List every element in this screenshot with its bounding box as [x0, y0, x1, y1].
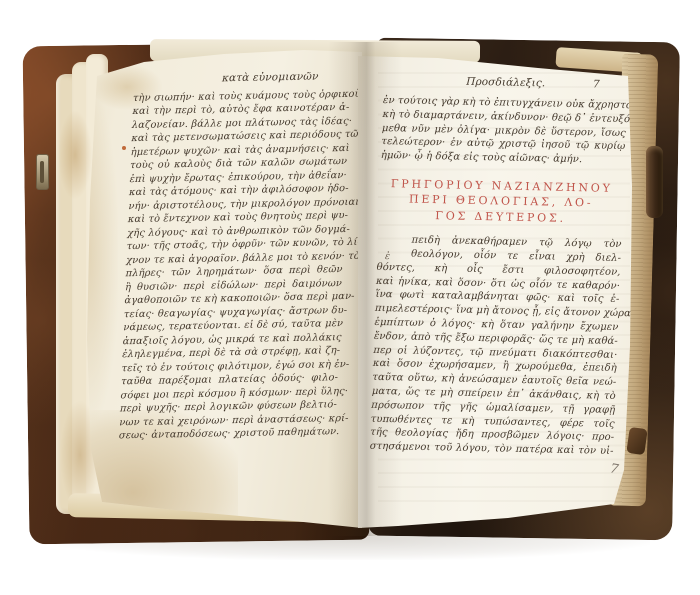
leather-clasp-right [646, 146, 663, 218]
clasp-remnant-bottom-right [626, 427, 647, 455]
right-page: Προσδιάλεξις. 7 ἐν τούτοις γὰρ κὴ τὸ ἐπι… [358, 46, 644, 534]
printed-page-number: 7 [593, 78, 600, 92]
left-running-header: κατὰ εὐνομιανῶν [161, 69, 379, 87]
left-page: κατὰ εὐνομιανῶν τὴν σιωπήν· καὶ τοὺς κυά… [84, 50, 362, 532]
page-edge-stain [58, 110, 92, 200]
ink-spot [122, 146, 126, 150]
oration27-ending: ἐν τούτοις γὰρ κὴ τὸ ἐπιτυγχάνειν οὐκ ἄχ… [381, 94, 628, 168]
brass-clasp-left [36, 154, 49, 190]
left-page-text-line: σεως· ἀνταποδόσεως· χριστοῦ παθημάτων. [119, 425, 337, 443]
right-page-text: Προσδιάλεξις. 7 ἐν τούτοις γὰρ κὴ τὸ ἐπι… [369, 74, 628, 459]
book-photo: κατὰ εὐνομιανῶν τὴν σιωπήν· καὶ τοὺς κυά… [0, 0, 700, 595]
red-printed-title: ΓΡΗΓΟΡΙΟΥ ΝΑΖΙΑΝΖΗΝΟΥΠΕΡΙ ΘΕΟΛΟΓΙΑΣ, ΛΟ-… [378, 176, 624, 227]
left-page-lines: τὴν σιωπήν· καὶ τοὺς κυάμους τοὺς ὀρφικο… [119, 87, 351, 443]
oration28-body: ἐ πειδὴ ἀνεκαθήραμεν τῷ λόγῳ τὸνθεολόγον… [369, 233, 621, 459]
left-page-text: κατὰ εὐνομιανῶν τὴν σιωπήν· καὶ τοὺς κυά… [119, 70, 351, 443]
